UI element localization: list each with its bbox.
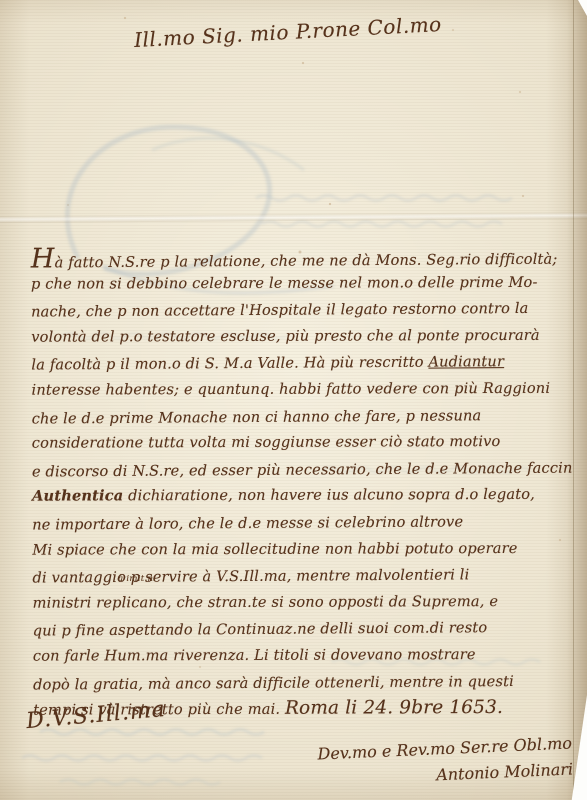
signature-block: Dev.mo e Rev.mo Ser.re Obl.mo Antonio Mo…: [317, 730, 574, 793]
body-line: la facoltà p il mon.o di S. M.a Valle. H…: [31, 349, 559, 379]
body-line: interesse habentes; e quantunq. habbi fa…: [31, 376, 559, 404]
body-line: dopò la gratia, mà anco sarà difficile o…: [33, 668, 561, 698]
body-line: Hà fatto N.S.re p la relatione, che me n…: [31, 243, 559, 273]
body-line-text: dichiaratione, non havere ius alcuno sop…: [123, 486, 535, 504]
interlinear-insertion: à imit.ni: [118, 574, 156, 584]
paper-right-edge: [567, 0, 587, 800]
emphasized-word: Authentica: [32, 488, 123, 505]
body-line: di vantaggio p servire à V.S.Ill.ma, men…: [32, 562, 560, 592]
body-line-text: la facoltà p il mon.o di S. M.a Valle. H…: [31, 354, 428, 374]
body-line: consideratione tutta volta mi soggiunse …: [32, 429, 560, 457]
underlined-word: Audiantur: [428, 353, 504, 371]
body-line: con farle Hum.ma riverenza. Li titoli si…: [33, 642, 561, 670]
body-line: qui p fine aspettando la Continuaz.ne de…: [33, 615, 561, 645]
body-line: nache, che p non accettare l'Hospitale i…: [31, 296, 559, 326]
body-line: p che non si debbino celebrare le messe …: [31, 269, 559, 297]
salutation: Ill.mo Sig. mio P.rone Col.mo: [133, 12, 442, 52]
body-line: Mi spiace che con la mia sollecitudine n…: [32, 535, 560, 563]
fold-crease: [0, 212, 587, 223]
body-line: Authentica dichiaratione, non havere ius…: [32, 482, 560, 510]
letter-page: Ill.mo Sig. mio P.rone Col.mo Hà fatto N…: [0, 0, 587, 800]
scan-background-corner-top: [575, 0, 587, 16]
body-line: ne importare à loro, che le d.e messe si…: [32, 509, 560, 539]
body-line: volontà del p.o testatore escluse, più p…: [31, 323, 559, 351]
place-date: Roma li 24. 9bre 1653.: [285, 697, 503, 719]
letter-body: Hà fatto N.S.re p la relatione, che me n…: [31, 243, 561, 724]
body-line: ministri replicano, che stran.te si sono…: [33, 588, 561, 616]
